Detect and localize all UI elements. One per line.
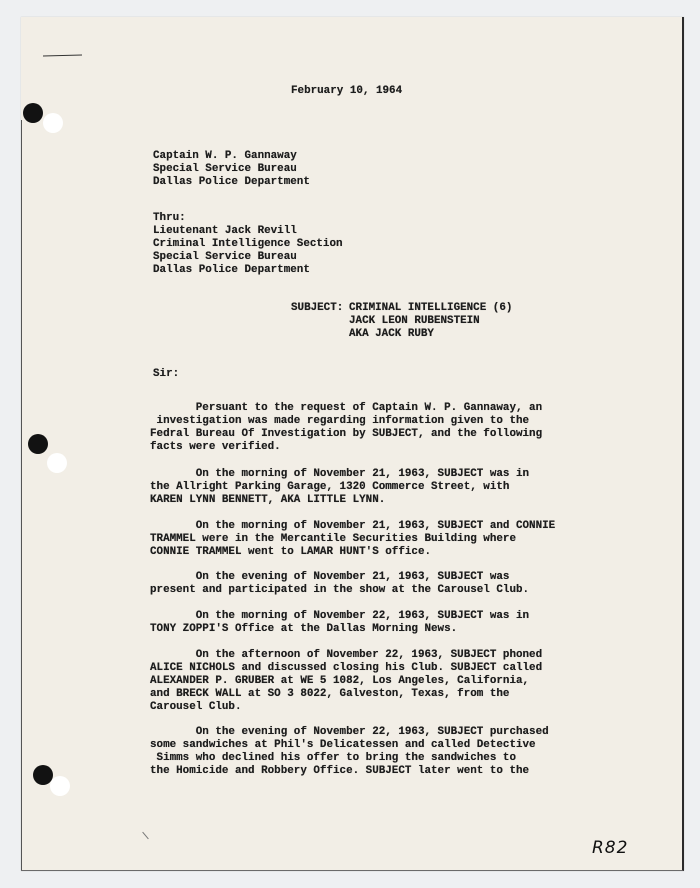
letter-date: February 10, 1964 — [291, 85, 402, 98]
body-line: On the morning of November 21, 1963, SUB… — [150, 468, 529, 481]
body-line: and BRECK WALL at SO 3 8022, Galveston, … — [150, 688, 509, 701]
body-line: the Homicide and Robbery Office. SUBJECT… — [150, 765, 529, 778]
body-line: some sandwiches at Phil's Delicatessen a… — [150, 739, 536, 752]
page-edge-line — [21, 120, 22, 870]
body-line: ALEXANDER P. GRUBER at WE 5 1082, Los An… — [150, 675, 529, 688]
body-line: Persuant to the request of Captain W. P.… — [150, 402, 542, 415]
body-line: Carousel Club. — [150, 701, 242, 714]
addressee-line: Dallas Police Department — [153, 176, 310, 189]
handwritten-page-number: R82 — [592, 838, 628, 858]
subject-line: CRIMINAL INTELLIGENCE (6) — [349, 302, 512, 315]
hole-reinforcement-icon — [50, 776, 70, 796]
body-line: Fedral Bureau Of Investigation by SUBJEC… — [150, 428, 542, 441]
subject-line: AKA JACK RUBY — [349, 328, 434, 341]
addressee-line: Special Service Bureau — [153, 163, 297, 176]
body-line: ALICE NICHOLS and discussed closing his … — [150, 662, 542, 675]
thru-line: Criminal Intelligence Section — [153, 238, 343, 251]
body-line: On the morning of November 21, 1963, SUB… — [150, 520, 555, 533]
body-line: TONY ZOPPI'S Office at the Dallas Mornin… — [150, 623, 457, 636]
addressee-line: Captain W. P. Gannaway — [153, 150, 297, 163]
body-line: On the evening of November 22, 1963, SUB… — [150, 726, 549, 739]
body-line: present and participated in the show at … — [150, 584, 529, 597]
body-line: the Allright Parking Garage, 1320 Commer… — [150, 481, 509, 494]
body-line: CONNIE TRAMMEL went to LAMAR HUNT'S offi… — [150, 546, 431, 559]
hole-reinforcement-icon — [43, 113, 63, 133]
body-line: On the evening of November 21, 1963, SUB… — [150, 571, 509, 584]
hole-punch-icon — [23, 103, 43, 123]
salutation: Sir: — [153, 368, 179, 381]
subject-line: JACK LEON RUBENSTEIN — [349, 315, 480, 328]
thru-line: Dallas Police Department — [153, 264, 310, 277]
hole-reinforcement-icon — [47, 453, 67, 473]
body-line: investigation was made regarding informa… — [150, 415, 529, 428]
body-line: KAREN LYNN BENNETT, AKA LITTLE LYNN. — [150, 494, 385, 507]
body-line: TRAMMEL were in the Mercantile Securitie… — [150, 533, 516, 546]
body-line: facts were verified. — [150, 441, 281, 454]
body-line: Simms who declined his offer to bring th… — [150, 752, 516, 765]
body-line: On the afternoon of November 22, 1963, S… — [150, 649, 542, 662]
subject-label: SUBJECT: — [291, 302, 343, 315]
body-line: On the morning of November 22, 1963, SUB… — [150, 610, 529, 623]
thru-line: Special Service Bureau — [153, 251, 297, 264]
hole-punch-icon — [28, 434, 48, 454]
thru-label: Thru: — [153, 212, 186, 225]
thru-line: Lieutenant Jack Revill — [153, 225, 297, 238]
